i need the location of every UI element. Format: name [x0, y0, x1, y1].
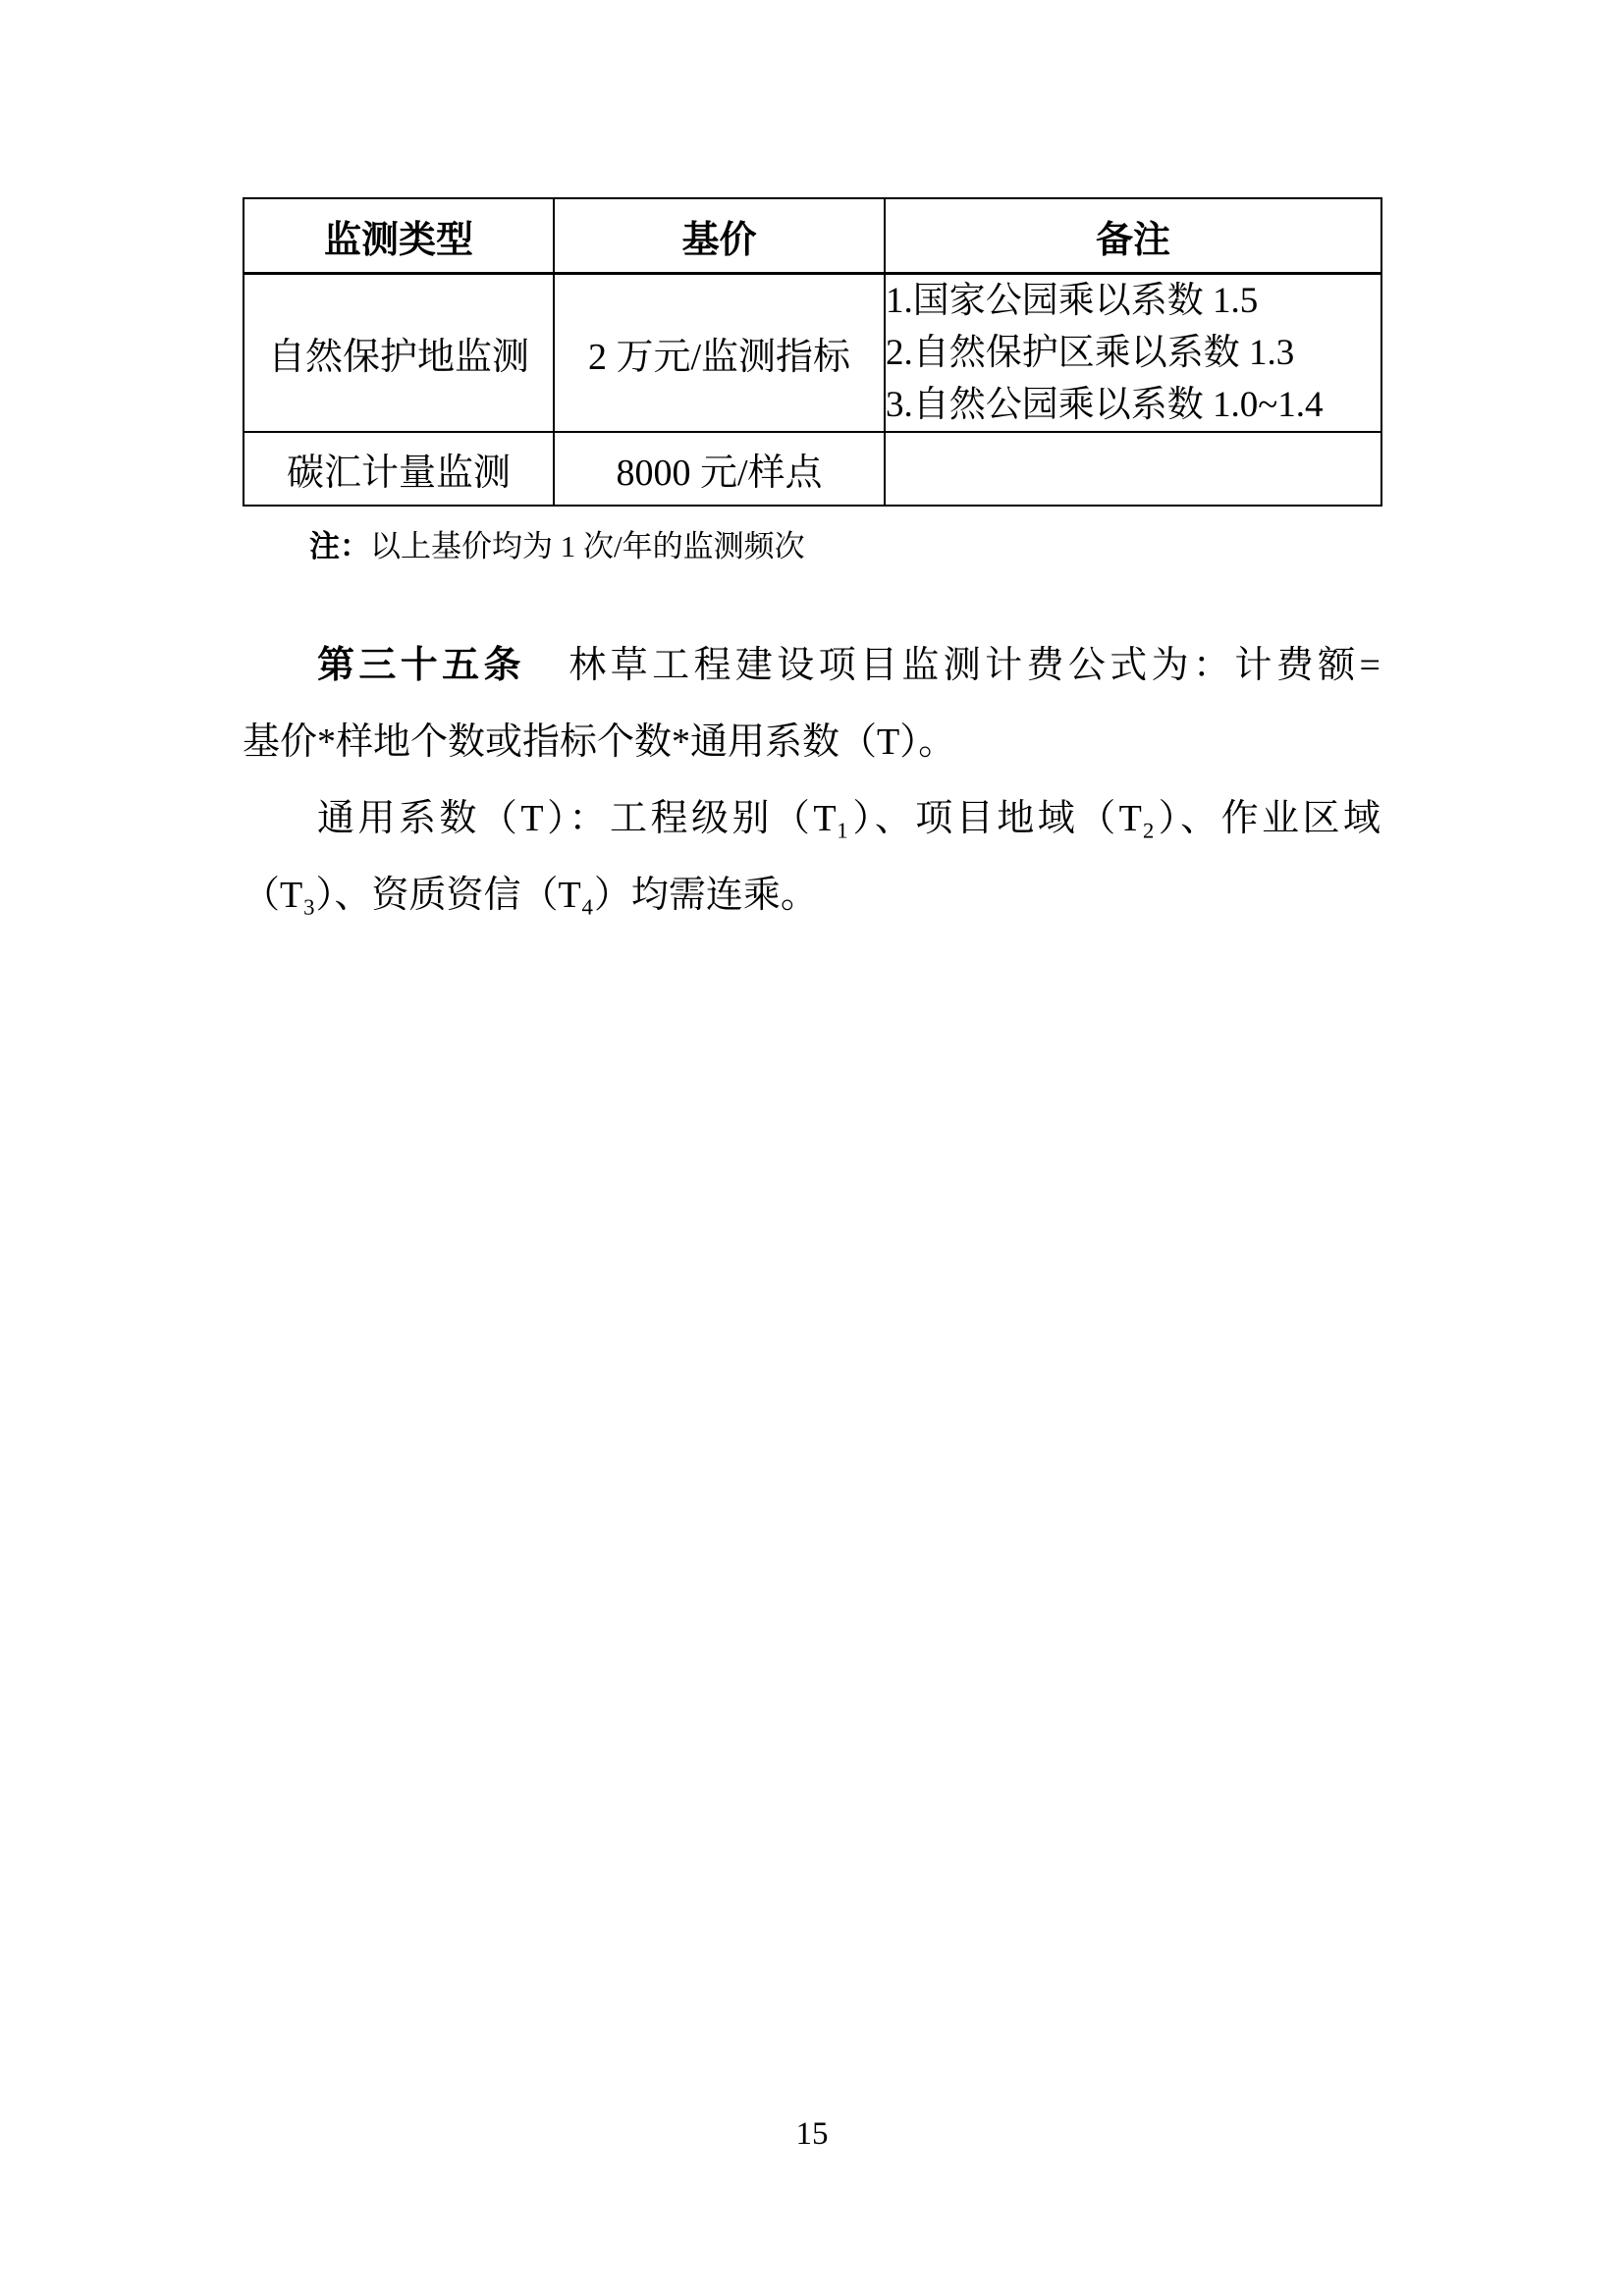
page-number: 15	[0, 2116, 1624, 2153]
remark-line: 2.自然保护区乘以系数 1.3	[886, 327, 1380, 379]
remark-line: 3.自然公园乘以系数 1.0~1.4	[886, 379, 1380, 431]
column-header-remarks: 备注	[885, 198, 1381, 274]
table-row: 碳汇计量监测 8000 元/样点	[244, 432, 1381, 506]
article-line-1-text: 林草工程建设项目监测计费公式为：计费额=	[565, 645, 1380, 686]
table-note: 注：以上基价均为 1 次/年的监测频次	[309, 526, 805, 567]
article-line-4: （T₃）、资质资信（T₄）均需连乘。	[243, 857, 1380, 934]
article-line-3: 通用系数（T）：工程级别（T₁）、项目地域（T₂）、作业区域	[243, 780, 1380, 857]
remark-line: 1.国家公园乘以系数 1.5	[886, 275, 1380, 327]
cell-base-price: 2 万元/监测指标	[554, 274, 885, 433]
table-header-row: 监测类型 基价 备注	[244, 198, 1381, 274]
clause-number: 第三十五条	[317, 645, 525, 686]
article-35: 第三十五条林草工程建设项目监测计费公式为：计费额= 基价*样地个数或指标个数*通…	[243, 627, 1380, 934]
note-text: 以上基价均为 1 次/年的监测频次	[370, 529, 805, 563]
note-label: 注：	[309, 529, 370, 563]
column-header-monitoring-type: 监测类型	[244, 198, 554, 274]
cell-base-price: 8000 元/样点	[554, 432, 885, 506]
fee-table: 监测类型 基价 备注 自然保护地监测 2 万元/监测指标 1.国家公园乘以系数 …	[243, 197, 1382, 507]
table-row: 自然保护地监测 2 万元/监测指标 1.国家公园乘以系数 1.5 2.自然保护区…	[244, 274, 1381, 433]
cell-remarks-empty	[885, 432, 1381, 506]
cell-monitoring-type: 自然保护地监测	[244, 274, 554, 433]
article-line-1: 第三十五条林草工程建设项目监测计费公式为：计费额=	[243, 627, 1380, 704]
article-line-2: 基价*样地个数或指标个数*通用系数（T）。	[243, 704, 1380, 780]
cell-remarks: 1.国家公园乘以系数 1.5 2.自然保护区乘以系数 1.3 3.自然公园乘以系…	[885, 274, 1381, 433]
column-header-base-price: 基价	[554, 198, 885, 274]
cell-monitoring-type: 碳汇计量监测	[244, 432, 554, 506]
